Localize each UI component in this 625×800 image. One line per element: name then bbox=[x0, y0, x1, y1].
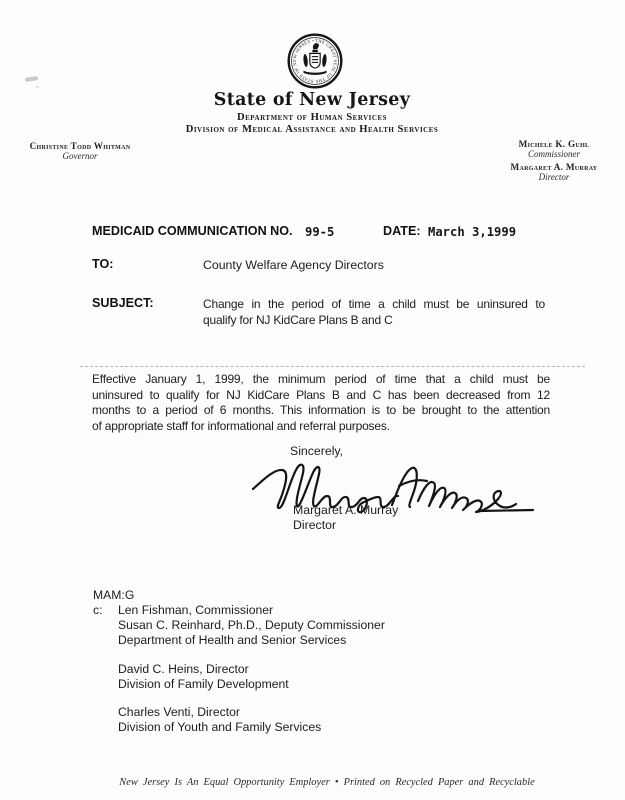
subject-value: Change in the period of time a child mus… bbox=[203, 296, 545, 328]
state-name: State of New Jersey bbox=[162, 90, 462, 110]
subject-label: SUBJECT: bbox=[92, 296, 154, 310]
signer-name: Margaret A. Murray bbox=[293, 503, 398, 517]
cc-group: Charles Venti, Director Division of Yout… bbox=[118, 705, 321, 735]
state-seal: THE GREAT SEAL OF THE STATE OF NEW JERSE… bbox=[287, 33, 343, 89]
initials: MAM:G bbox=[93, 588, 134, 603]
date-value: March 3,1999 bbox=[428, 225, 516, 239]
signer-title: Director bbox=[293, 518, 336, 532]
communication-label: MEDICAID COMMUNICATION NO. bbox=[92, 224, 293, 238]
body-line: months to a period of 6 months. This inf… bbox=[92, 403, 550, 419]
director-title: Director bbox=[470, 172, 625, 182]
scanned-letter-page: THE GREAT SEAL OF THE STATE OF NEW JERSE… bbox=[0, 0, 625, 800]
cc-line: Division of Youth and Family Services bbox=[118, 720, 321, 735]
governor-name: Christine Todd Whitman bbox=[20, 141, 140, 151]
cc-line: David C. Heins, Director bbox=[118, 662, 289, 677]
body-line: uninsured to qualify for NJ KidCare Plan… bbox=[92, 388, 550, 404]
new-jersey-seal-icon: THE GREAT SEAL OF THE STATE OF NEW JERSE… bbox=[287, 33, 343, 89]
subject-line: Change in the period of time a child mus… bbox=[203, 296, 545, 312]
scan-smudge bbox=[25, 76, 38, 82]
cc-group: Len Fishman, Commissioner Susan C. Reinh… bbox=[118, 603, 385, 648]
cc-group: David C. Heins, Director Division of Fam… bbox=[118, 662, 289, 692]
division-name: Division of Medical Assistance and Healt… bbox=[112, 124, 512, 135]
to-label: TO: bbox=[92, 257, 113, 271]
cc-line: Department of Health and Senior Services bbox=[118, 633, 385, 648]
cc-label: c: bbox=[93, 603, 102, 618]
cc-line: Charles Venti, Director bbox=[118, 705, 321, 720]
director-name: Margaret A. Murray bbox=[470, 162, 625, 172]
cc-line: Division of Family Development bbox=[118, 677, 289, 692]
governor-block: Christine Todd Whitman Governor bbox=[20, 141, 140, 161]
body-line: of appropriate staff for informational a… bbox=[92, 419, 550, 435]
body-paragraph: Effective January 1, 1999, the minimum p… bbox=[92, 372, 550, 434]
subject-line: qualify for NJ KidCare Plans B and C bbox=[203, 312, 545, 328]
communication-number: 99-5 bbox=[305, 225, 334, 239]
scan-speck bbox=[36, 86, 39, 88]
department-name: Department of Human Services bbox=[162, 112, 462, 123]
commissioner-name: Michele K. Guhl bbox=[470, 139, 625, 149]
governor-title: Governor bbox=[20, 151, 140, 161]
officials-block: Michele K. Guhl Commissioner Margaret A.… bbox=[470, 139, 625, 182]
to-value: County Welfare Agency Directors bbox=[203, 258, 384, 272]
date-label: DATE: bbox=[383, 224, 421, 238]
separator-rule bbox=[80, 366, 585, 367]
cc-line: Len Fishman, Commissioner bbox=[118, 603, 385, 618]
commissioner-title: Commissioner bbox=[470, 149, 625, 159]
cc-line: Susan C. Reinhard, Ph.D., Deputy Commiss… bbox=[118, 618, 385, 633]
body-line: Effective January 1, 1999, the minimum p… bbox=[92, 372, 550, 388]
footer-motto: New Jersey Is An Equal Opportunity Emplo… bbox=[119, 777, 534, 788]
